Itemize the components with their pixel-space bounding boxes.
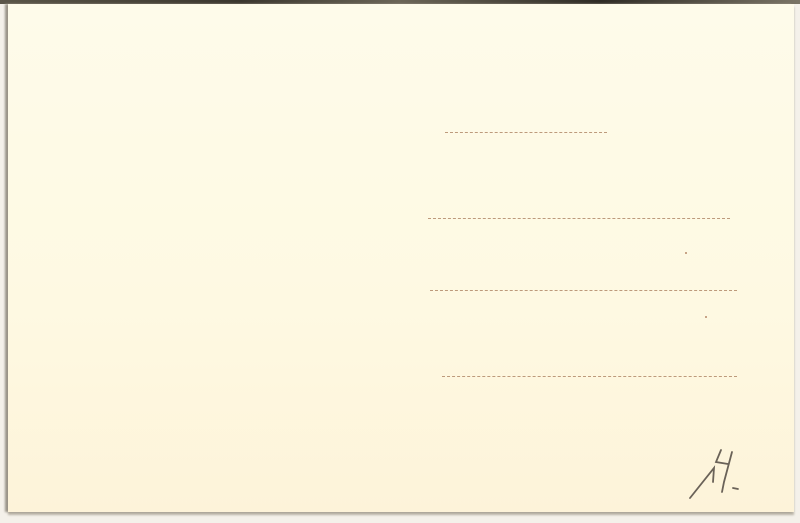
postcard-back	[8, 4, 794, 512]
address-line-2	[428, 218, 730, 219]
address-line-1	[445, 132, 607, 133]
address-line-4	[442, 376, 737, 377]
speck	[705, 316, 707, 318]
address-line-3	[430, 290, 737, 291]
handwritten-number-mark	[688, 442, 758, 502]
speck	[685, 252, 687, 254]
